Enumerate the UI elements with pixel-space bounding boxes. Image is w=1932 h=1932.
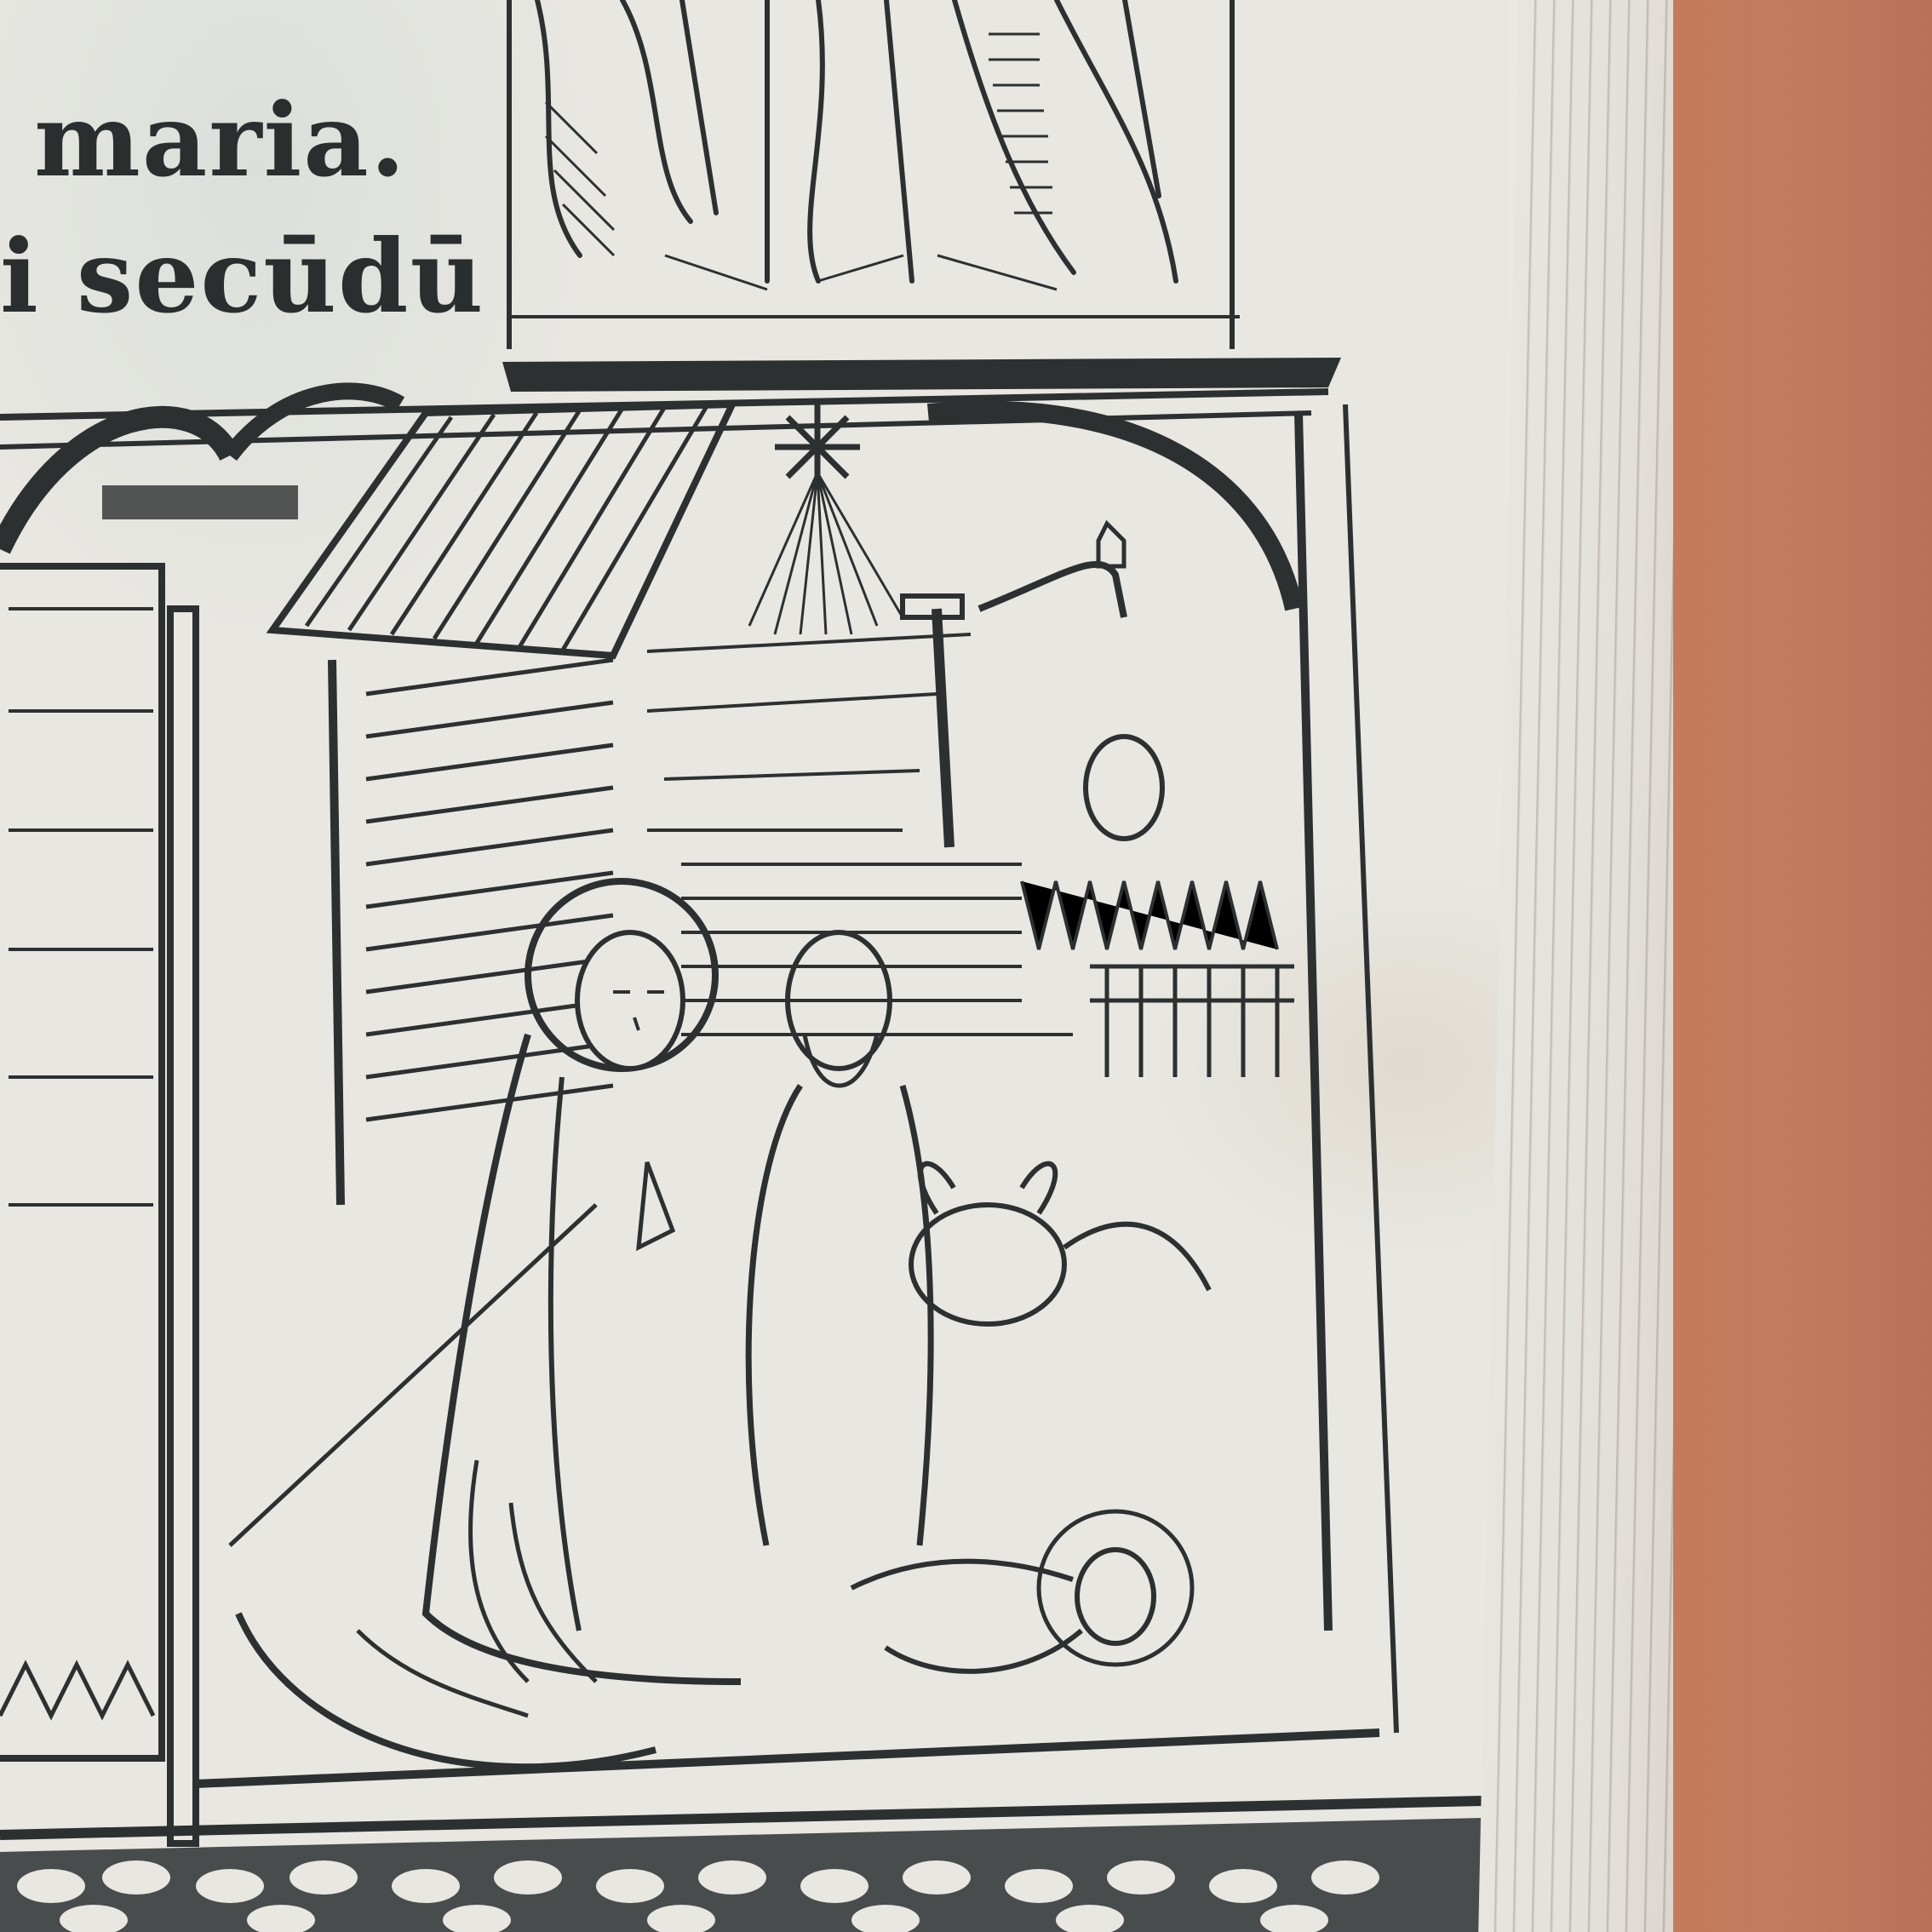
christ-child-figure (851, 1511, 1192, 1671)
book-page: maria. i secūdū (0, 0, 1507, 1932)
printed-text-block: maria. i secūdū (0, 0, 490, 375)
building-icon (1098, 524, 1124, 566)
upper-woodcut (507, 0, 1235, 349)
text-line-secundum: i secūdū (0, 217, 484, 335)
text-line-maria: maria. (34, 81, 407, 199)
joseph-figure (748, 932, 931, 1545)
table-surface (1673, 0, 1932, 1932)
mary-figure (238, 881, 741, 1767)
nativity-scene-icon (0, 353, 1499, 1932)
ox-figure (911, 1164, 1209, 1324)
nativity-woodcut (0, 353, 1499, 1932)
angel-figure (979, 565, 1124, 617)
drapery-lines-icon (512, 0, 1240, 349)
